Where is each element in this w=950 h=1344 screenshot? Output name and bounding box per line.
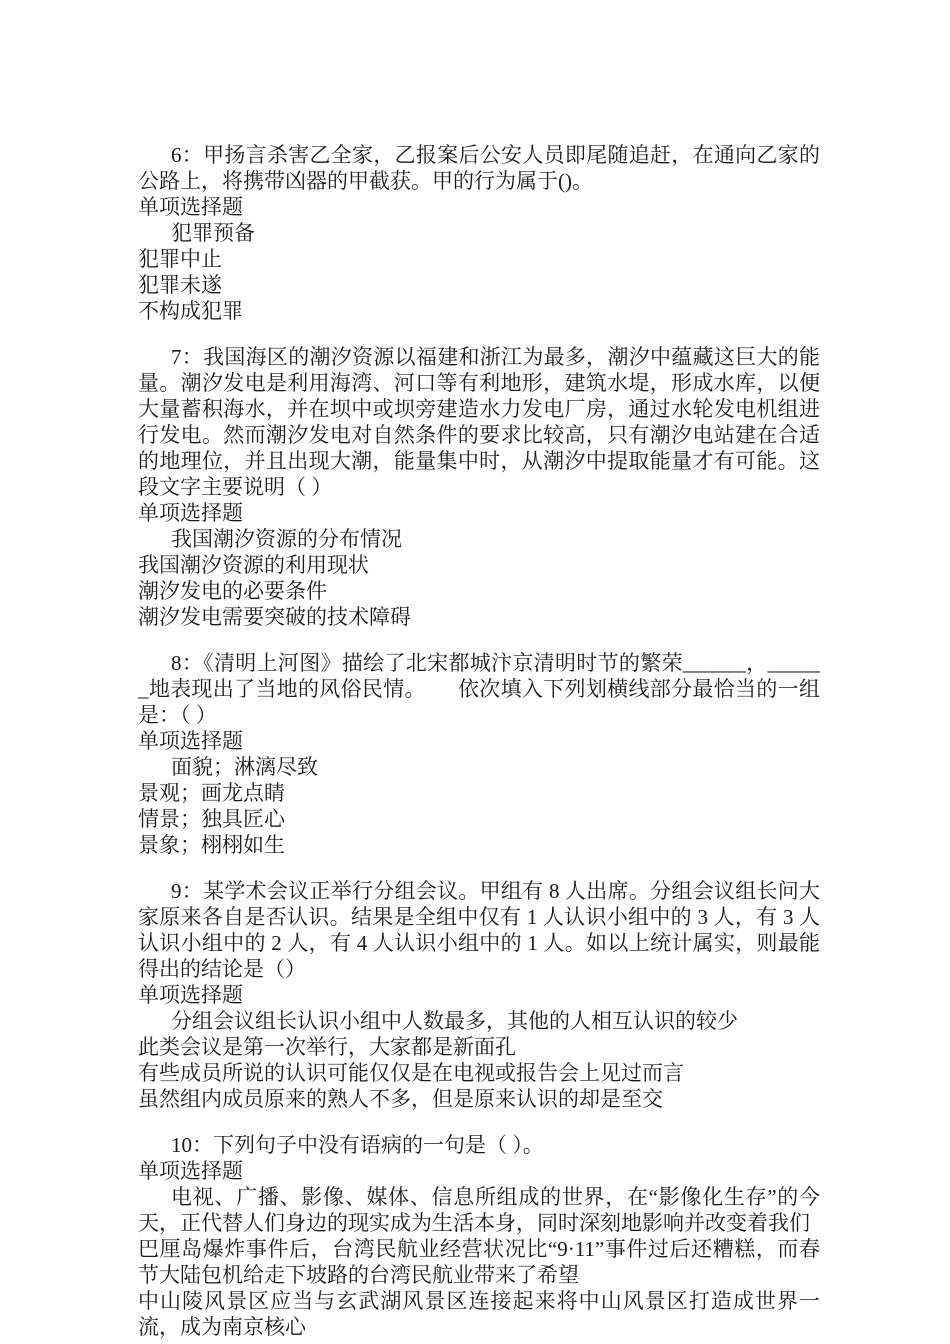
question-type-label: 单项选择题	[138, 194, 820, 220]
option-item: 犯罪中止	[138, 246, 820, 272]
question-body: 下列句子中没有语病的一句是（ ）。	[213, 1133, 544, 1157]
option-item: 犯罪未遂	[138, 272, 820, 298]
option-item: 巴厘岛爆炸事件后，台湾民航业经营状况比“9·11”事件过后还糟糕，而春节大陆包机…	[138, 1236, 820, 1288]
question-block-8: 8：《清明上河图》描绘了北宋都城汴京清明时节的繁荣______，______地表…	[138, 650, 820, 858]
question-number: 7：	[171, 345, 203, 369]
question-type-label: 单项选择题	[138, 728, 820, 754]
question-block-10: 10：下列句子中没有语病的一句是（ ）。 单项选择题 电视、广播、影像、媒体、信…	[138, 1132, 820, 1340]
question-body: 我国海区的潮汐资源以福建和浙江为最多，潮汐中蕴藏这巨大的能量。潮汐发电是利用海湾…	[138, 345, 820, 499]
question-text: 6：甲扬言杀害乙全家，乙报案后公安人员即尾随追赶，在通向乙家的公路上，将携带凶器…	[138, 142, 820, 194]
question-text: 9：某学术会议正举行分组会议。甲组有 8 人出席。分组会议组长问大家原来各自是否…	[138, 878, 820, 982]
question-block-6: 6：甲扬言杀害乙全家，乙报案后公安人员即尾随追赶，在通向乙家的公路上，将携带凶器…	[138, 142, 820, 324]
option-item: 电视、广播、影像、媒体、信息所组成的世界，在“影像化生存”的今天，正代替人们身边…	[138, 1184, 820, 1236]
document-page: 6：甲扬言杀害乙全家，乙报案后公安人员即尾随追赶，在通向乙家的公路上，将携带凶器…	[0, 0, 950, 1344]
question-type-label: 单项选择题	[138, 500, 820, 526]
option-item: 情景；独具匠心	[138, 806, 820, 832]
option-item: 景象；栩栩如生	[138, 832, 820, 858]
question-block-7: 7：我国海区的潮汐资源以福建和浙江为最多，潮汐中蕴藏这巨大的能量。潮汐发电是利用…	[138, 344, 820, 630]
option-item: 景观；画龙点睛	[138, 780, 820, 806]
question-type-label: 单项选择题	[138, 982, 820, 1008]
option-item: 潮汐发电的必要条件	[138, 578, 820, 604]
option-item: 我国潮汐资源的分布情况	[138, 526, 820, 552]
question-body: 某学术会议正举行分组会议。甲组有 8 人出席。分组会议组长问大家原来各自是否认识…	[138, 879, 820, 981]
question-number: 8：	[171, 651, 203, 675]
question-body: 甲扬言杀害乙全家，乙报案后公安人员即尾随追赶，在通向乙家的公路上，将携带凶器的甲…	[138, 143, 820, 193]
question-type-label: 单项选择题	[138, 1158, 820, 1184]
option-item: 不构成犯罪	[138, 298, 820, 324]
question-block-9: 9：某学术会议正举行分组会议。甲组有 8 人出席。分组会议组长问大家原来各自是否…	[138, 878, 820, 1112]
question-number: 6：	[171, 143, 203, 167]
question-text: 7：我国海区的潮汐资源以福建和浙江为最多，潮汐中蕴藏这巨大的能量。潮汐发电是利用…	[138, 344, 820, 500]
option-item: 有些成员所说的认识可能仅仅是在电视或报告会上见过而言	[138, 1060, 820, 1086]
option-item: 犯罪预备	[138, 220, 820, 246]
option-item: 我国潮汐资源的利用现状	[138, 552, 820, 578]
question-number: 10：	[171, 1133, 213, 1157]
question-number: 9：	[171, 879, 203, 903]
option-item: 分组会议组长认识小组中人数最多，其他的人相互认识的较少	[138, 1008, 820, 1034]
question-text: 10：下列句子中没有语病的一句是（ ）。	[138, 1132, 820, 1158]
option-item: 此类会议是第一次举行，大家都是新面孔	[138, 1034, 820, 1060]
question-text: 8：《清明上河图》描绘了北宋都城汴京清明时节的繁荣______，______地表…	[138, 650, 820, 728]
option-item: 中山陵风景区应当与玄武湖风景区连接起来将中山风景区打造成世界一流，成为南京核心	[138, 1288, 820, 1340]
option-item: 潮汐发电需要突破的技术障碍	[138, 604, 820, 630]
question-body: 《清明上河图》描绘了北宋都城汴京清明时节的繁荣______，______地表现出…	[138, 651, 820, 727]
option-item: 虽然组内成员原来的熟人不多，但是原来认识的却是至交	[138, 1086, 820, 1112]
option-item: 面貌；淋漓尽致	[138, 754, 820, 780]
